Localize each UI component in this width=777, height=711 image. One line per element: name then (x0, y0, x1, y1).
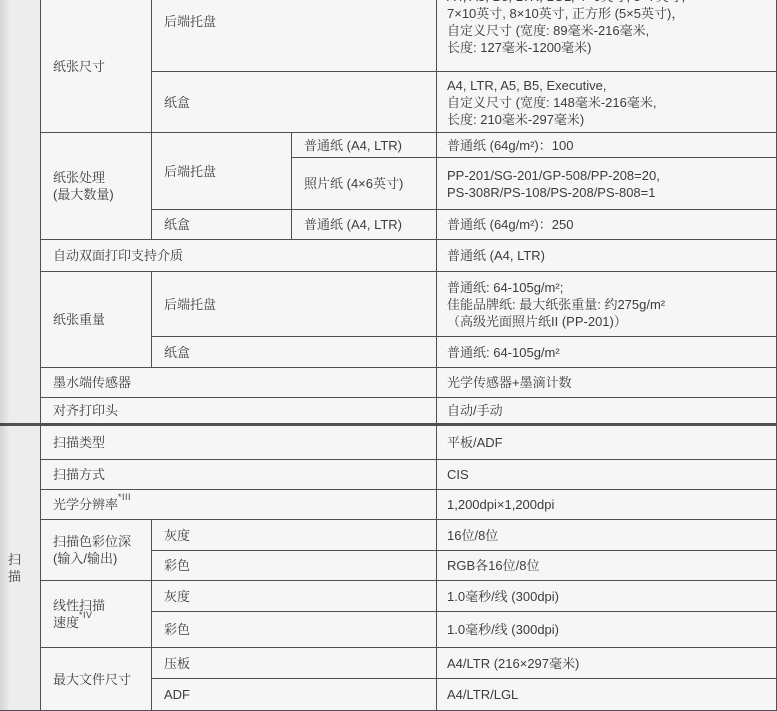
row-label-head-alignment: 对齐打印头 (41, 398, 437, 426)
value-scan-type: 平板/ADF (437, 426, 777, 460)
value-optical-resolution: 1,200dpi×1,200dpi (437, 490, 777, 520)
footnote-marker: *IV (79, 610, 93, 620)
row-label-duplex-media: 自动双面打印支持介质 (41, 240, 437, 272)
value-scan-method: CIS (437, 460, 777, 490)
value-weight-rear-tray: 普通纸: 64-105g/m²; 佳能品牌纸: 最大纸张重量: 约275g/m²… (437, 272, 777, 337)
row-label-color-depth: 扫描色彩位深 (输入/输出) (41, 520, 152, 581)
value-paper-size-cassette: A4, LTR, A5, B5, Executive, 自定义尺寸 (宽度: 1… (437, 72, 777, 133)
value-line: （高级光面照片纸II (PP-201)） (447, 313, 768, 330)
row-label-max-doc-adf: ADF (152, 679, 437, 711)
section-cell-scan: 扫描 (0, 426, 41, 711)
row-label-handling-rear-tray: 后端托盘 (152, 133, 292, 210)
row-label-scan-type: 扫描类型 (41, 426, 437, 460)
value-line: 自定义尺寸 (宽度: 89毫米-216毫米, (447, 22, 768, 39)
value-speed-gray: 1.0毫秒/线 (300dpi) (437, 581, 777, 612)
value-line: A4, LTR, A5, B5, Executive, (447, 77, 768, 94)
value-head-alignment: 自动/手动 (437, 398, 777, 426)
row-label-weight-rear-tray: 后端托盘 (152, 272, 437, 337)
row-label-speed-color: 彩色 (152, 612, 437, 648)
row-label-line-speed: 线性扫描 速度*IV (41, 581, 152, 648)
value-line: 普通纸: 64-105g/m²; (447, 279, 768, 296)
row-label-paper-weight: 纸张重量 (41, 272, 152, 368)
paper-size-label: 纸张尺寸 (53, 58, 143, 75)
value-speed-color: 1.0毫秒/线 (300dpi) (437, 612, 777, 648)
value-duplex-media: 普通纸 (A4, LTR) (437, 240, 777, 272)
value-line: 佳能品牌纸: 最大纸张重量: 约275g/m² (447, 296, 768, 313)
value-line: 7×10英寸, 8×10英寸, 正方形 (5×5英寸)， (447, 5, 768, 22)
value-line: PP-201/SG-201/GP-508/PP-208=20, (447, 167, 768, 184)
spec-table: 纸张尺寸 后端托盘 A4, A5, B5, LTR, LGL, 4×6英寸, 5… (0, 0, 777, 711)
row-label-depth-color: 彩色 (152, 551, 437, 581)
row-label-weight-cassette: 纸盒 (152, 337, 437, 368)
value-paper-size-rear-tray: A4, A5, B5, LTR, LGL, 4×6英寸, 5×7英寸, 7×10… (437, 0, 777, 72)
value-weight-cassette: 普通纸: 64-105g/m² (437, 337, 777, 368)
row-label-ink-sensor: 墨水端传感器 (41, 368, 437, 398)
value-handling-plain-rear: 普通纸 (64g/m²)：100 (437, 133, 777, 158)
scan-section-label: 扫描 (8, 551, 32, 585)
value-depth-gray: 16位/8位 (437, 520, 777, 551)
row-label-paper-size-cassette: 纸盒 (152, 72, 437, 133)
section-cell-print (0, 0, 41, 426)
value-ink-sensor: 光学传感器+墨滴计数 (437, 368, 777, 398)
row-label-paper-size: 纸张尺寸 (41, 0, 152, 133)
value-line: PS-308R/PS-108/PS-208/PS-808=1 (447, 184, 768, 201)
row-label-handling-plain-rear: 普通纸 (A4, LTR) (292, 133, 437, 158)
row-label-paper-handling: 纸张处理 (最大数量) (41, 133, 152, 240)
value-depth-color: RGB各16位/8位 (437, 551, 777, 581)
row-label-optical-resolution: 光学分辨率*III (41, 490, 437, 520)
row-label-handling-cassette: 纸盒 (152, 210, 292, 240)
row-label-depth-gray: 灰度 (152, 520, 437, 551)
row-label-scan-method: 扫描方式 (41, 460, 437, 490)
row-label-paper-size-rear-tray: 后端托盘 (152, 0, 437, 72)
value-line: 长度: 210毫米-297毫米) (447, 111, 768, 128)
value-line: 自定义尺寸 (宽度: 148毫米-216毫米, (447, 94, 768, 111)
value-handling-plain-cassette: 普通纸 (64g/m²)：250 (437, 210, 777, 240)
row-label-max-document: 最大文件尺寸 (41, 648, 152, 711)
value-handling-photo: PP-201/SG-201/GP-508/PP-208=20, PS-308R/… (437, 158, 777, 210)
row-label-handling-plain-cassette: 普通纸 (A4, LTR) (292, 210, 437, 240)
value-max-doc-platen: A4/LTR (216×297毫米) (437, 648, 777, 679)
value-line: 长度: 127毫米-1200毫米) (447, 39, 768, 56)
footnote-marker: *III (118, 492, 131, 502)
row-label-max-doc-platen: 压板 (152, 648, 437, 679)
row-label-handling-photo: 照片纸 (4×6英寸) (292, 158, 437, 210)
row-label-speed-gray: 灰度 (152, 581, 437, 612)
value-max-doc-adf: A4/LTR/LGL (437, 679, 777, 711)
